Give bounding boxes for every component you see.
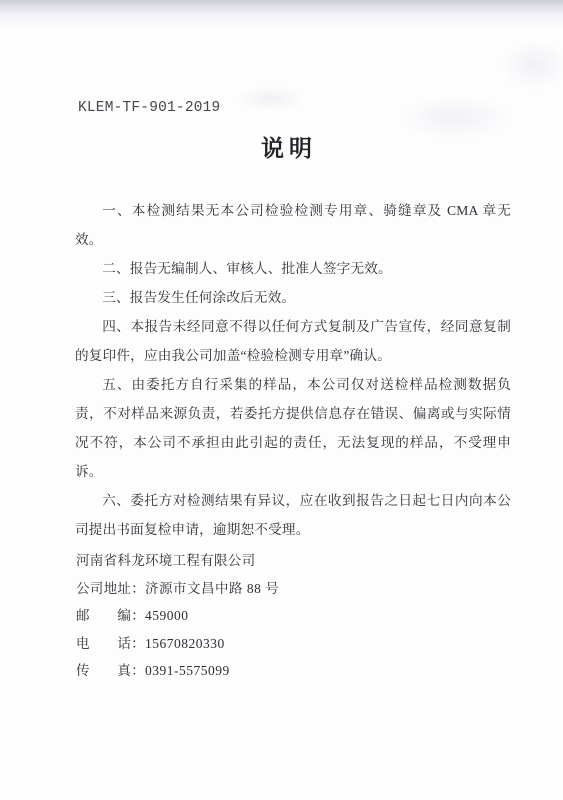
fax-row: 传 真：0391-5575099	[76, 657, 279, 685]
phone-row: 电 话：15670820330	[76, 630, 279, 658]
phone-value: 15670820330	[145, 636, 225, 651]
note-item-2: 二、报告无编制人、审核人、批准人签字无效。	[75, 254, 511, 283]
postal-code-row: 邮 编：459000	[76, 602, 279, 630]
notes-section: 一、本检测结果无本公司检验检测专用章、骑缝章及 CMA 章无效。 二、报告无编制…	[75, 196, 511, 544]
phone-label: 电 话：	[76, 636, 145, 651]
scanned-document-page: KLEM-TF-901-2019 说明 一、本检测结果无本公司检验检测专用章、骑…	[0, 0, 563, 800]
note-item-1: 一、本检测结果无本公司检验检测专用章、骑缝章及 CMA 章无效。	[75, 196, 511, 254]
postal-code-value: 459000	[145, 608, 189, 623]
address-label: 公司地址：	[76, 581, 145, 596]
note-item-5: 五、由委托方自行采集的样品，本公司仅对送检样品检测数据负责，不对样品来源负责，若…	[75, 370, 511, 486]
scan-edge-artifact	[0, 0, 563, 30]
note-item-6: 六、委托方对检测结果有异议，应在收到报告之日起七日内向本公司提出书面复检申请，逾…	[75, 486, 511, 544]
company-address-row: 公司地址：济源市文昌中路 88 号	[76, 575, 279, 603]
company-info-section: 河南省科龙环境工程有限公司 公司地址：济源市文昌中路 88 号 邮 编：4590…	[76, 547, 279, 685]
scan-smudge	[236, 86, 306, 112]
company-name: 河南省科龙环境工程有限公司	[76, 547, 279, 575]
scan-smudge	[500, 40, 563, 90]
fax-value: 0391-5575099	[145, 663, 230, 678]
document-code: KLEM-TF-901-2019	[78, 100, 220, 116]
note-item-4: 四、本报告未经同意不得以任何方式复制及广告宣传，经同意复制的复印件，应由我公司加…	[75, 312, 511, 370]
fax-label: 传 真：	[76, 663, 145, 678]
address-value: 济源市文昌中路 88 号	[145, 581, 279, 596]
note-item-3: 三、报告发生任何涂改后无效。	[75, 283, 511, 312]
page-title: 说明	[5, 130, 563, 163]
postal-code-label: 邮 编：	[76, 608, 145, 623]
